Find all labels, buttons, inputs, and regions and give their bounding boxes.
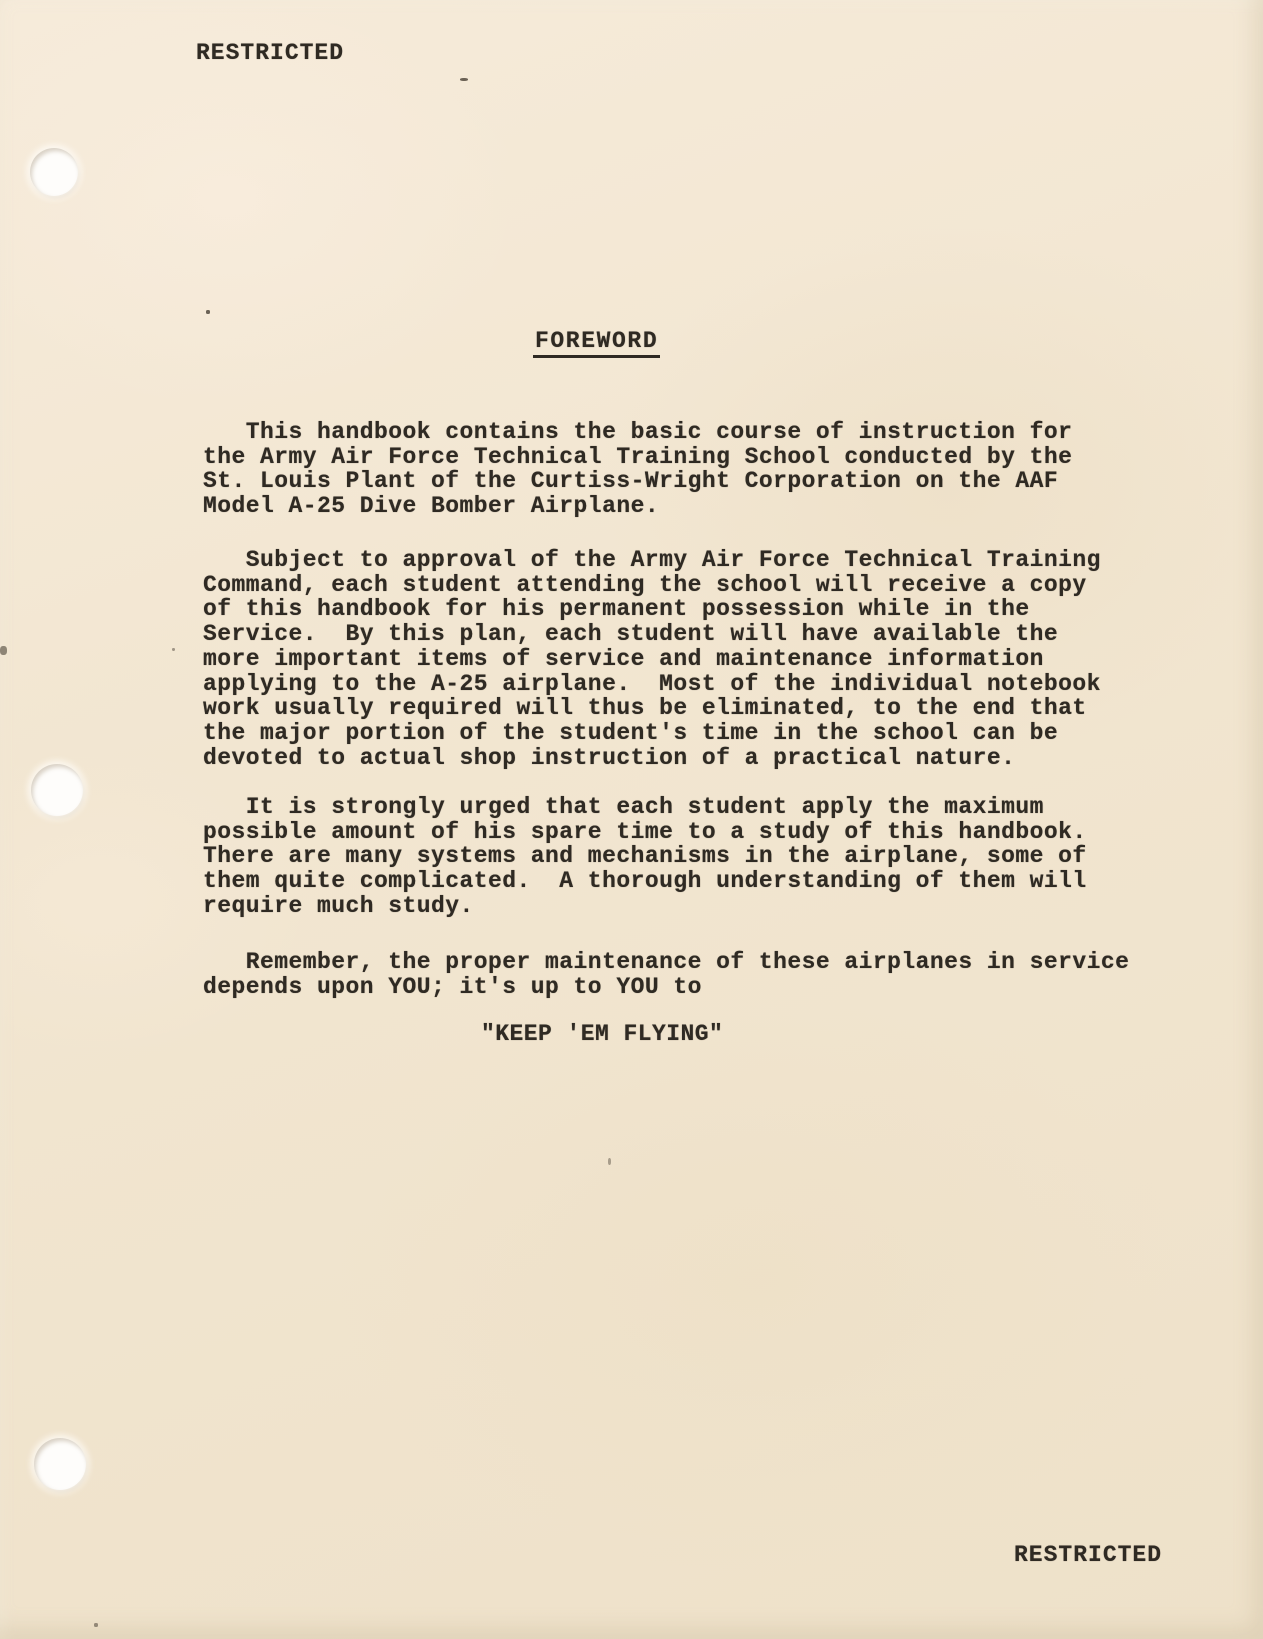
foreword-paragraph-3: It is strongly urged that each student a… [203, 795, 1087, 919]
scan-speck [608, 1158, 611, 1165]
punch-hole-middle [31, 764, 83, 816]
punch-hole-bottom [34, 1438, 86, 1490]
foreword-paragraph-4: Remember, the proper maintenance of thes… [203, 950, 1129, 999]
scan-speck [0, 646, 7, 655]
foreword-paragraph-1: This handbook contains the basic course … [203, 420, 1072, 519]
scan-speck [206, 310, 210, 314]
scan-speck [172, 648, 175, 651]
scan-speck [460, 78, 468, 81]
slogan-keep-em-flying: "KEEP 'EM FLYING" [481, 1022, 723, 1047]
page-title: FOREWORD [533, 328, 660, 358]
classification-marking-bottom: RESTRICTED [1014, 1542, 1162, 1568]
scan-speck [94, 1623, 98, 1627]
punch-hole-top [30, 148, 78, 196]
foreword-paragraph-2: Subject to approval of the Army Air Forc… [203, 548, 1101, 770]
document-page: RESTRICTED FOREWORD This handbook contai… [0, 0, 1263, 1639]
classification-marking-top: RESTRICTED [196, 40, 344, 66]
